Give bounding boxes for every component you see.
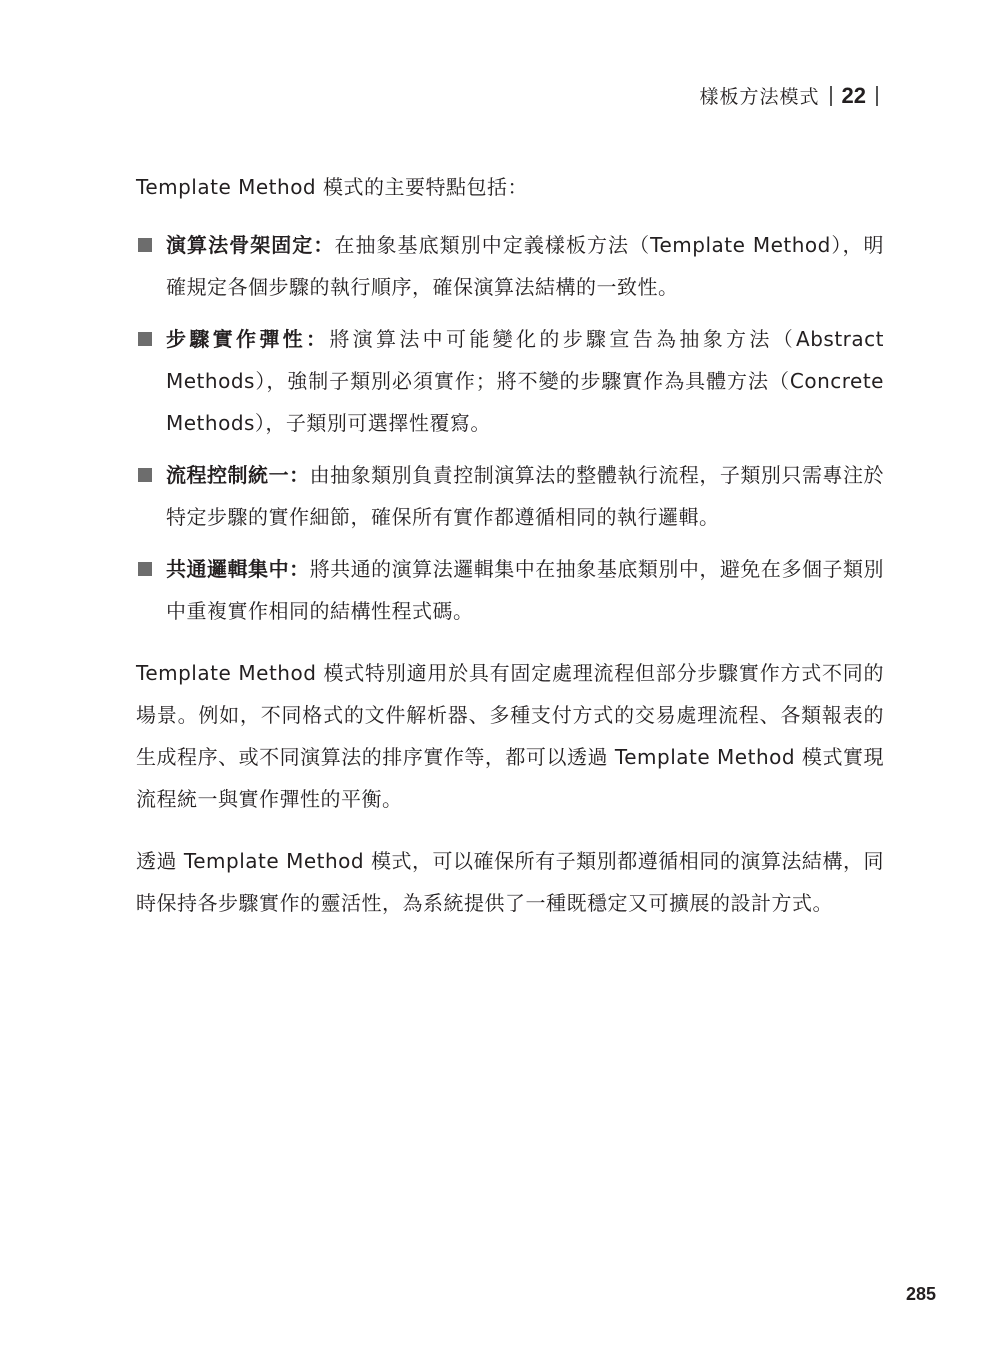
conclusion-paragraph: 透過 Template Method 模式，可以確保所有子類別都遵循相同的演算法… — [136, 840, 884, 924]
feature-term: 共通邏輯集中： — [166, 557, 310, 581]
running-header: 樣板方法模式 22 — [700, 82, 889, 109]
feature-term: 演算法骨架固定： — [166, 233, 334, 257]
feature-item: 流程控制統一：由抽象類別負責控制演算法的整體執行流程，子類別只需專注於特定步驟的… — [136, 454, 884, 538]
bullet-square-icon — [138, 238, 152, 252]
feature-item: 演算法骨架固定：在抽象基底類別中定義樣板方法（Template Method），… — [136, 224, 884, 308]
feature-list: 演算法骨架固定：在抽象基底類別中定義樣板方法（Template Method），… — [136, 224, 884, 632]
header-divider — [876, 86, 878, 106]
intro-paragraph: Template Method 模式的主要特點包括： — [136, 166, 884, 208]
chapter-title: 樣板方法模式 — [700, 82, 820, 109]
header-divider — [830, 86, 832, 106]
feature-term: 流程控制統一： — [166, 463, 310, 487]
applications-paragraph: Template Method 模式特別適用於具有固定處理流程但部分步驟實作方式… — [136, 652, 884, 820]
feature-item: 步驟實作彈性：將演算法中可能變化的步驟宣告為抽象方法（Abstract Meth… — [136, 318, 884, 444]
page-number: 285 — [906, 1284, 936, 1305]
bullet-square-icon — [138, 562, 152, 576]
chapter-number: 22 — [842, 83, 866, 109]
page-body: Template Method 模式的主要特點包括： 演算法骨架固定：在抽象基底… — [136, 166, 884, 924]
bullet-square-icon — [138, 468, 152, 482]
feature-item: 共通邏輯集中：將共通的演算法邏輯集中在抽象基底類別中，避免在多個子類別中重複實作… — [136, 548, 884, 632]
feature-term: 步驟實作彈性： — [166, 327, 329, 351]
bullet-square-icon — [138, 332, 152, 346]
